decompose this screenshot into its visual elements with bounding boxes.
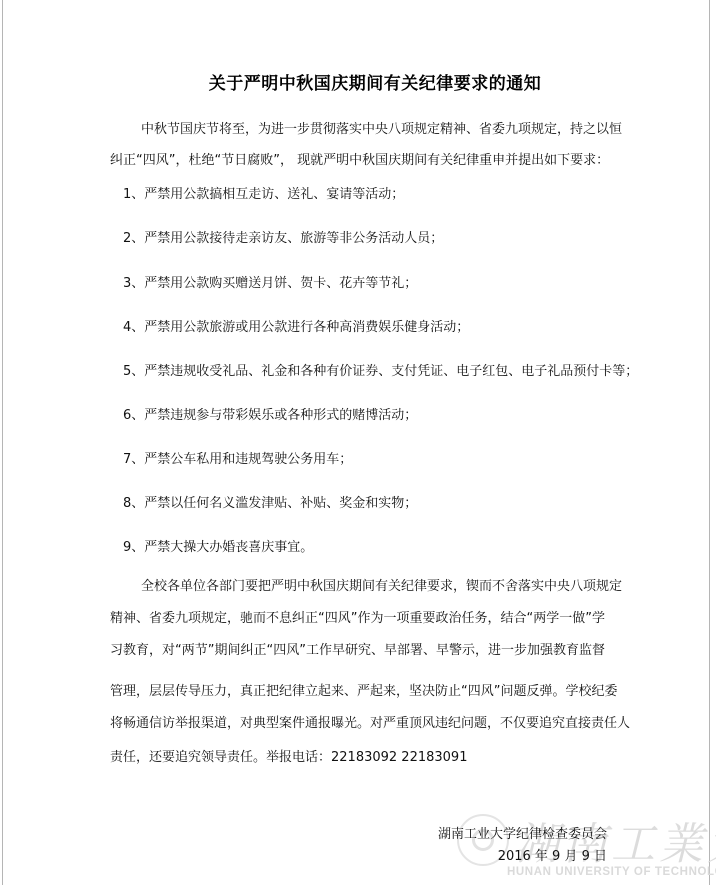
- closing-line-6: 责任，还要追究领导责任。举报电话：22183092 22183091: [110, 750, 467, 766]
- requirement-item-2: 2、严禁用公款接待走亲访友、旅游等非公务活动人员；: [123, 231, 443, 247]
- document-title: 关于严明中秋国庆期间有关纪律要求的通知: [0, 69, 716, 94]
- requirement-item-8: 8、严禁以任何名义滥发津贴、补贴、奖金和实物；: [123, 496, 417, 512]
- issue-date: 2016 年 9 月 9 日: [498, 849, 607, 865]
- closing-line-2: 精神、省委九项规定，驰而不息纠正“四风”作为一项重要政治任务，结合“两学一做”学: [110, 611, 605, 627]
- requirement-item-4: 4、严禁用公款旅游或用公款进行各种高消费娱乐健身活动；: [123, 320, 469, 336]
- requirement-item-9: 9、严禁大操大办婚丧喜庆事宜。: [123, 540, 313, 556]
- requirement-item-1: 1、严禁用公款搞相互走访、送礼、宴请等活动；: [123, 187, 404, 203]
- closing-line-4: 管理，层层传导压力，真正把纪律立起来、严起来，坚决防止“四风”问题反弹。学校纪委: [110, 684, 617, 700]
- requirement-item-5: 5、严禁违规收受礼品、礼金和各种有价证券、支付凭证、电子红包、电子礼品预付卡等；: [123, 364, 638, 380]
- intro-line-2: 纠正“四风”，杜绝“节日腐败”， 现就严明中秋国庆期间有关纪律重申并提出如下要求…: [110, 153, 609, 169]
- closing-line-3: 习教育，对“两节”期间纠正“四风”工作早研究、早部署、早警示，进一步加强教育监督: [110, 643, 605, 659]
- intro-line-1: 中秋节国庆节将至，为进一步贯彻落实中央八项规定精神、省委九项规定，持之以恒: [141, 122, 622, 138]
- requirement-item-7: 7、严禁公车私用和违规驾驶公务用车；: [123, 452, 352, 468]
- requirement-item-3: 3、严禁用公款购买赠送月饼、贺卡、花卉等节礼；: [123, 276, 417, 292]
- closing-line-5: 将畅通信访举报渠道，对典型案件通报曝光。对严重顶风违纪问题，不仅要追究直接责任人: [110, 716, 630, 732]
- issuer-signature: 湖南工业大学纪律检查委员会: [438, 827, 607, 843]
- requirement-item-6: 6、严禁违规参与带彩娱乐或各种形式的赌博活动；: [123, 408, 417, 424]
- closing-line-1: 全校各单位各部门要把严明中秋国庆期间有关纪律要求，锲而不舍落实中央八项规定: [141, 579, 622, 595]
